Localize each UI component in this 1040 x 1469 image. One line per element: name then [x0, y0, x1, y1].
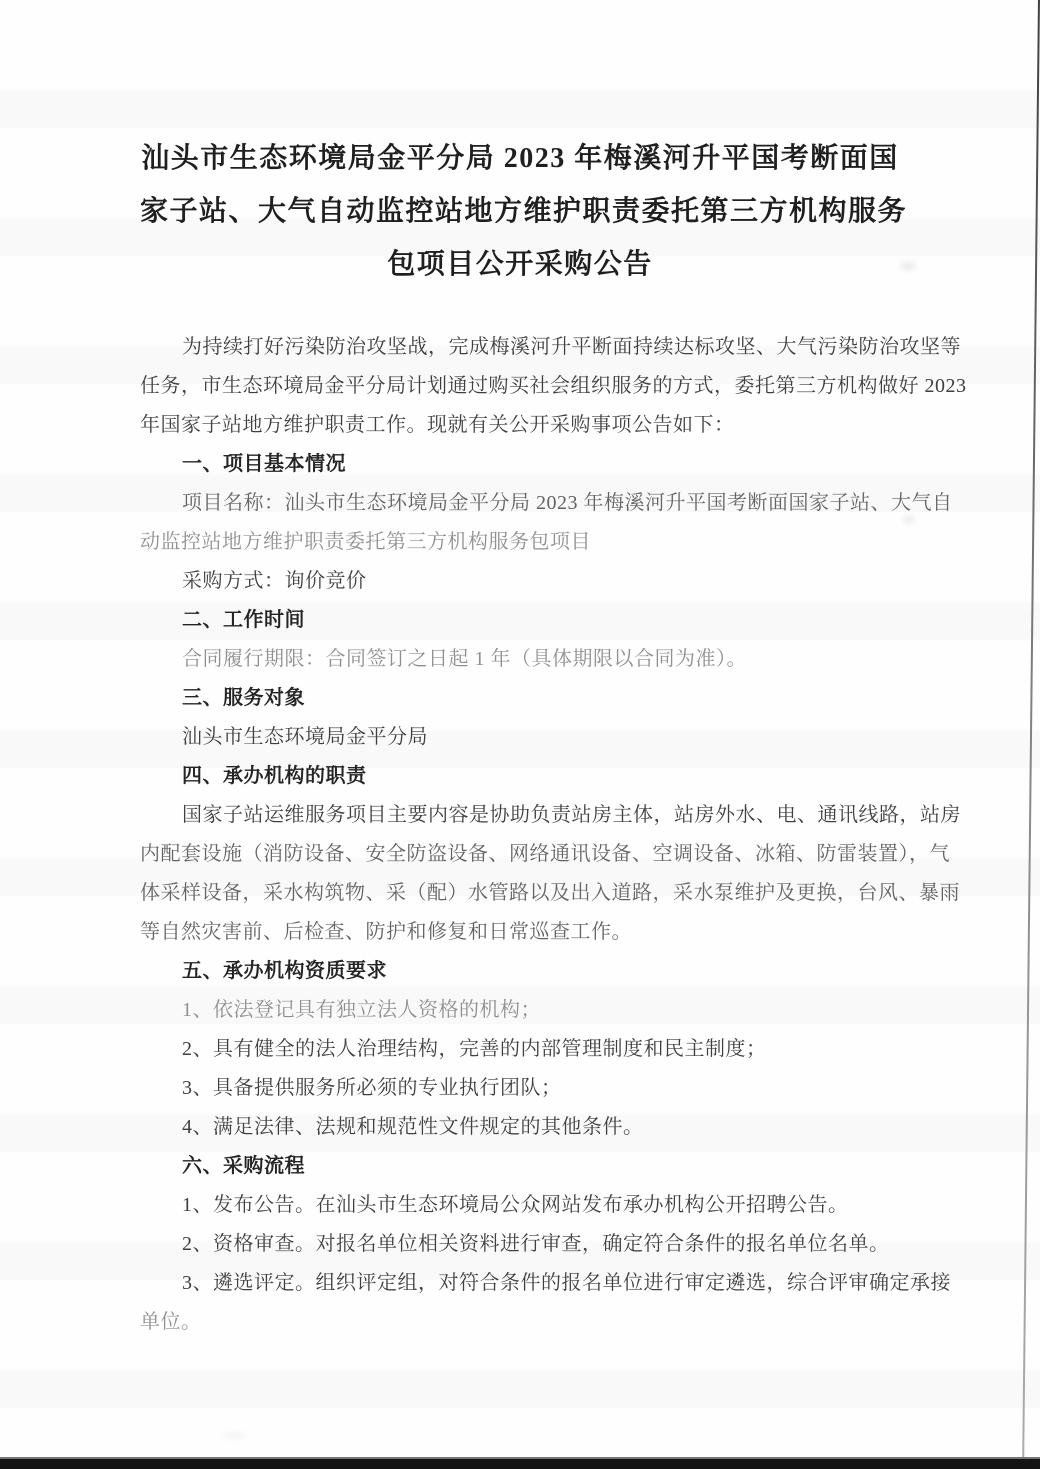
- paragraph-line: 年国家子站地方维护职责工作。现就有关公开采购事项公告如下：: [140, 406, 930, 445]
- document-title: 汕头市生态环境局金平分局 2023 年梅溪河升平国考断面国 家子站、大气自动监控…: [140, 132, 900, 291]
- project-name-line: 项目名称：汕头市生态环境局金平分局 2023 年梅溪河升平国考断面国家子站、大气…: [140, 484, 930, 523]
- section-heading-5: 五、承办机构资质要求: [140, 952, 930, 991]
- procedure-item-3: 3、遴选评定。组织评定组，对符合条件的报名单位进行审定遴选，综合评审确定承接: [140, 1264, 930, 1303]
- section-heading-2: 二、工作时间: [140, 601, 930, 640]
- document-body: 为持续打好污染防治攻坚战，完成梅溪河升平断面持续达标攻坚、大气污染防治攻坚等 任…: [140, 328, 930, 1342]
- procedure-item-2: 2、资格审查。对报名单位相关资料进行审查，确定符合条件的报名单位名单。: [140, 1225, 930, 1264]
- duty-paragraph-line: 等自然灾害前、后检查、防护和修复和日常巡查工作。: [140, 913, 930, 952]
- scanner-bottom-band: [0, 1457, 1040, 1469]
- duty-paragraph-line: 体采样设备，采水构筑物、采（配）水管路以及出入道路，采水泵维护及更换，台风、暴雨: [140, 874, 930, 913]
- section-heading-4: 四、承办机构的职责: [140, 757, 930, 796]
- duty-paragraph-line: 国家子站运维服务项目主要内容是协助负责站房主体，站房外水、电、通讯线路，站房: [140, 796, 930, 835]
- procedure-item-3-continuation: 单位。: [140, 1303, 930, 1342]
- title-line: 包项目公开采购公告: [140, 238, 900, 291]
- duty-paragraph-line: 内配套设施（消防设备、安全防盗设备、网络通讯设备、空调设备、冰箱、防雷装置），气: [140, 835, 930, 874]
- qualification-item-4: 4、满足法律、法规和规范性文件规定的其他条件。: [140, 1108, 930, 1147]
- contract-term-line: 合同履行期限：合同签订之日起 1 年（具体期限以合同为准）。: [140, 640, 930, 679]
- qualification-item-3: 3、具备提供服务所必须的专业执行团队；: [140, 1069, 930, 1108]
- scan-smudge: [223, 1433, 245, 1438]
- procurement-method-line: 采购方式：询价竞价: [140, 562, 930, 601]
- paragraph-line: 为持续打好污染防治攻坚战，完成梅溪河升平断面持续达标攻坚、大气污染防治攻坚等: [140, 328, 930, 367]
- qualification-item-2: 2、具有健全的法人治理结构，完善的内部管理制度和民主制度；: [140, 1030, 930, 1069]
- scanned-document-page: 汕头市生态环境局金平分局 2023 年梅溪河升平国考断面国 家子站、大气自动监控…: [0, 0, 1040, 1469]
- scan-smudge: [900, 262, 916, 270]
- procedure-item-1: 1、发布公告。在汕头市生态环境局公众网站发布承办机构公开招聘公告。: [140, 1186, 930, 1225]
- page-edge-line: [1022, 0, 1040, 1469]
- title-line: 家子站、大气自动监控站地方维护职责委托第三方机构服务: [140, 185, 900, 238]
- section-heading-3: 三、服务对象: [140, 679, 930, 718]
- qualification-item-1: 1、依法登记具有独立法人资格的机构；: [140, 991, 930, 1030]
- service-target-line: 汕头市生态环境局金平分局: [140, 718, 930, 757]
- section-heading-1: 一、项目基本情况: [140, 445, 930, 484]
- paragraph-line: 任务，市生态环境局金平分局计划通过购买社会组织服务的方式，委托第三方机构做好 2…: [140, 367, 930, 406]
- project-name-line: 动监控站地方维护职责委托第三方机构服务包项目: [140, 523, 930, 562]
- title-line: 汕头市生态环境局金平分局 2023 年梅溪河升平国考断面国: [140, 132, 900, 185]
- scan-smudge: [903, 516, 915, 523]
- section-heading-6: 六、采购流程: [140, 1147, 930, 1186]
